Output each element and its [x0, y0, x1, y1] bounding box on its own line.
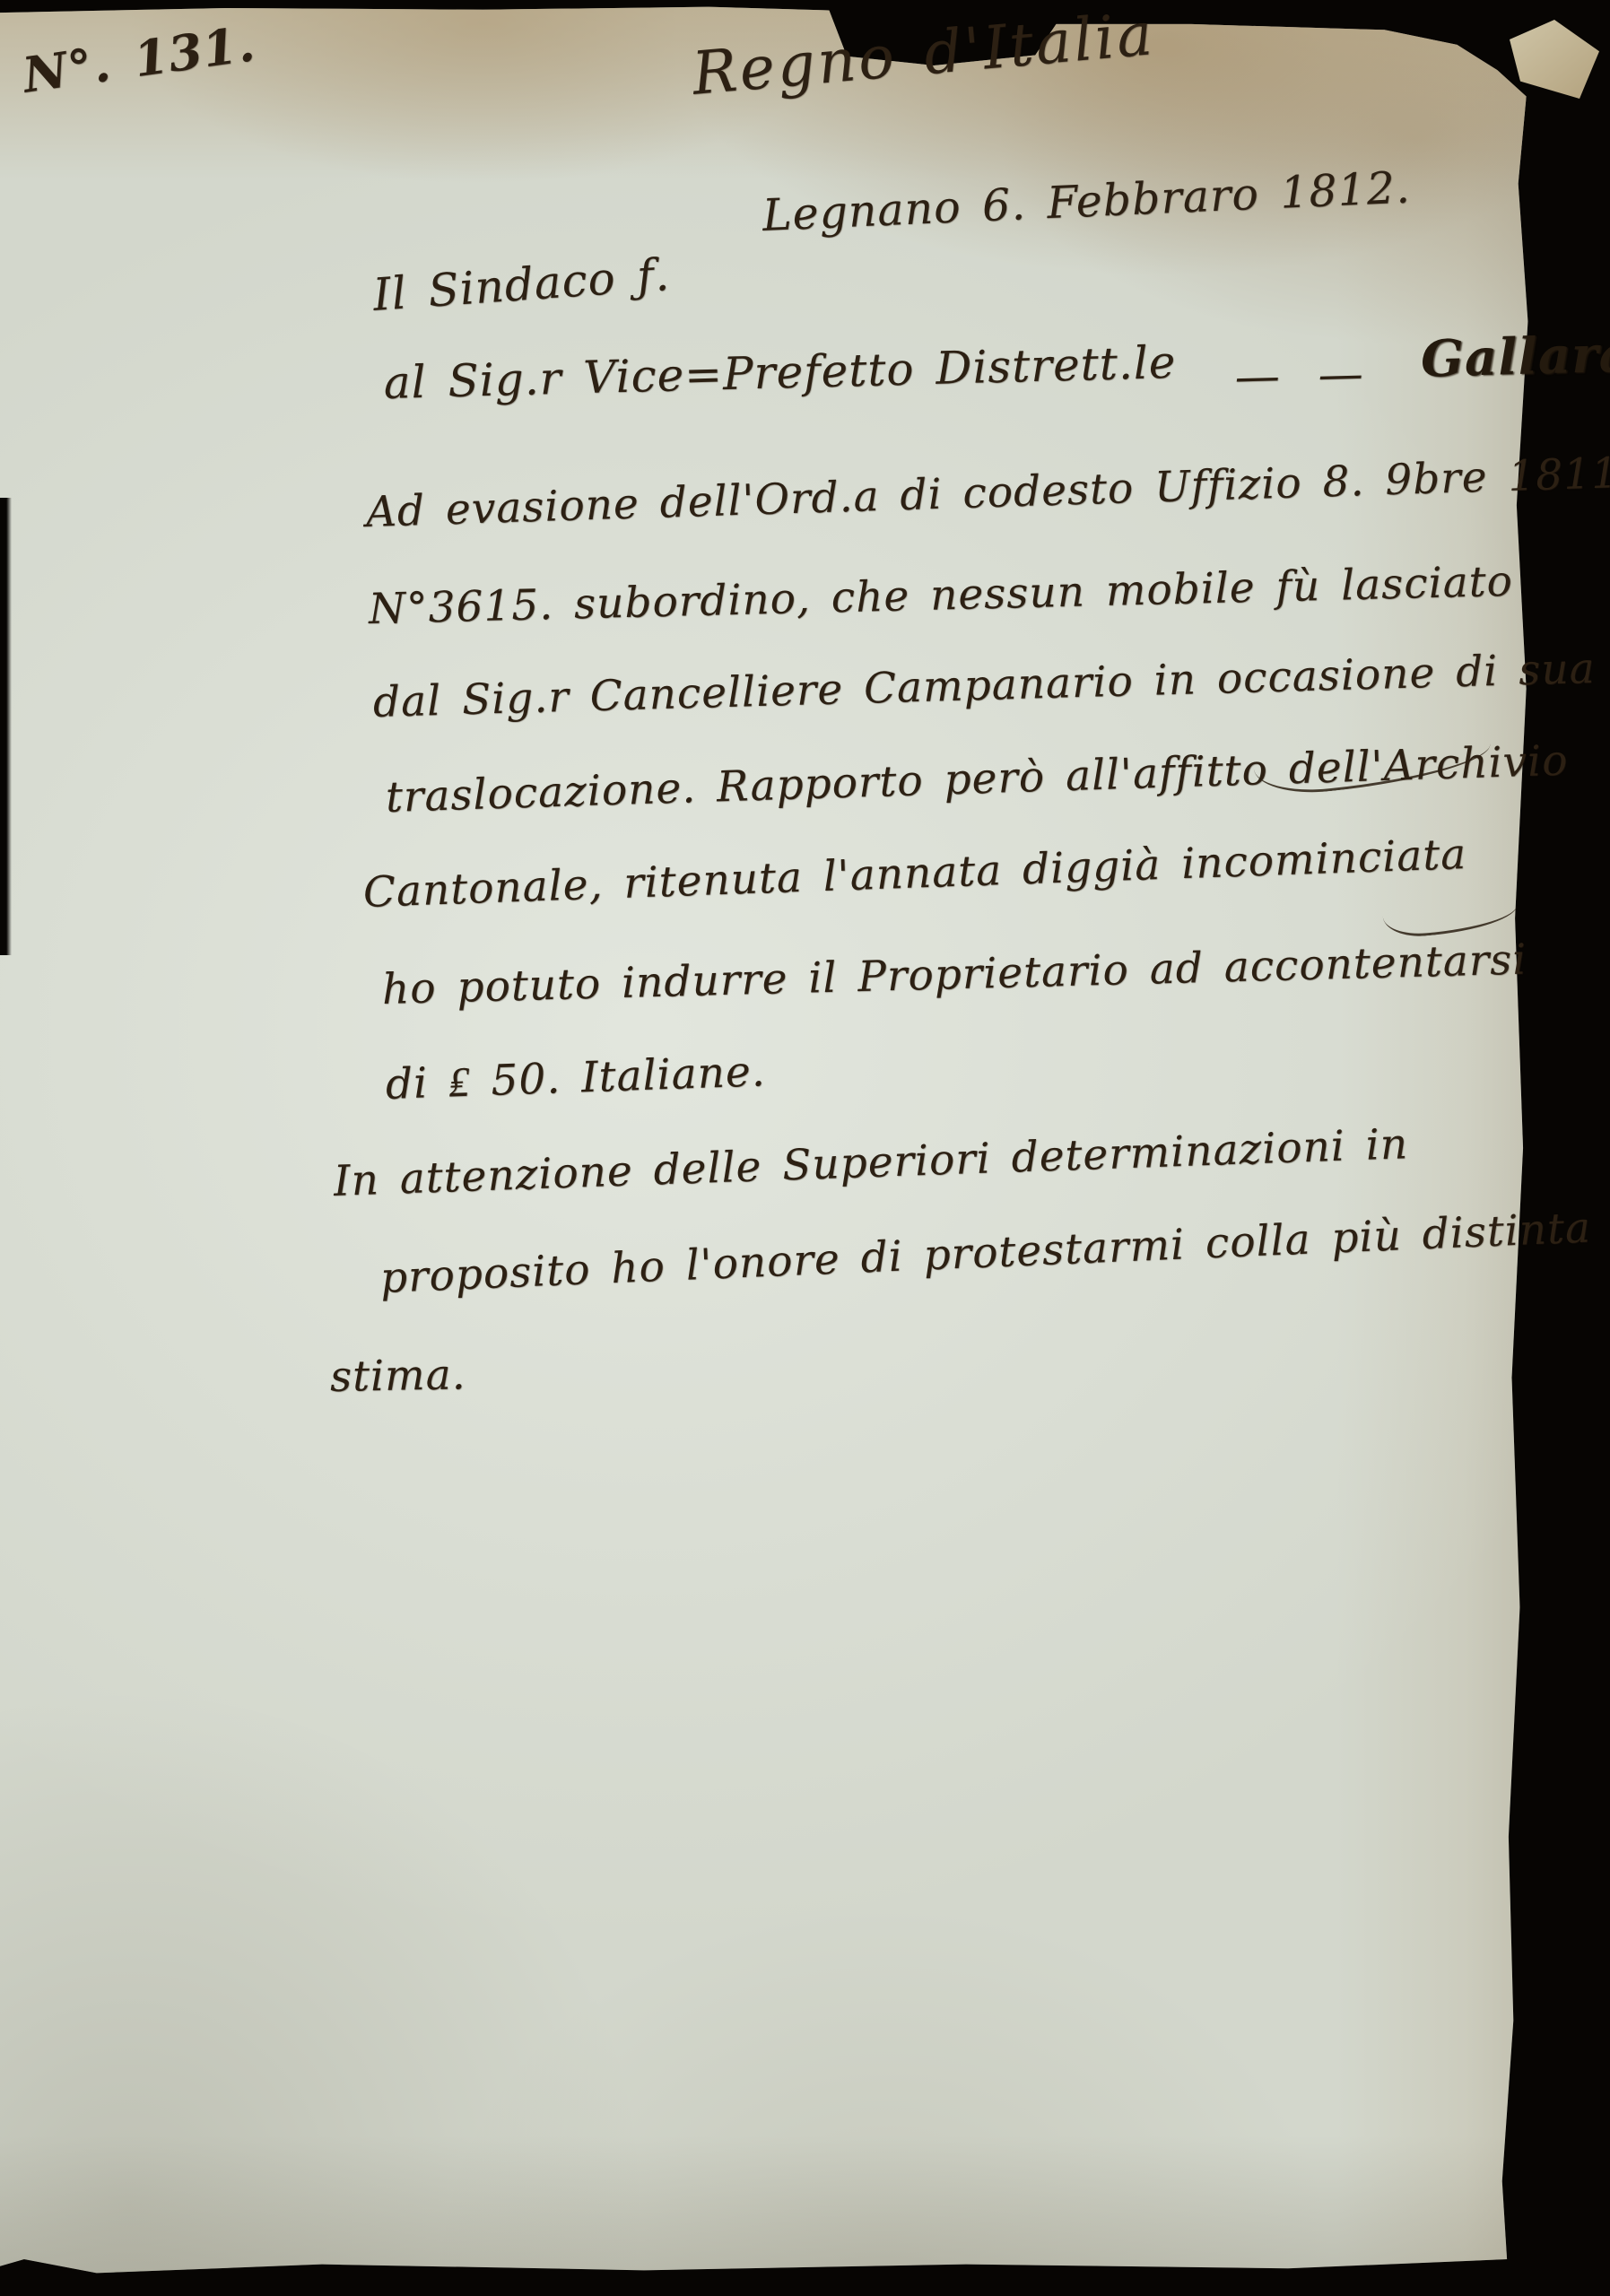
addressee-place: Gallarate = [1420, 321, 1610, 389]
manuscript-photo: N°. 131. Regno d'Italia Legnano 6. Febbr… [0, 0, 1610, 2296]
addressee-dashes: — — [1234, 347, 1372, 403]
torn-corner-flap [1510, 20, 1599, 99]
closing-line: stima. [330, 1350, 467, 1402]
left-edge-tear [0, 498, 12, 955]
